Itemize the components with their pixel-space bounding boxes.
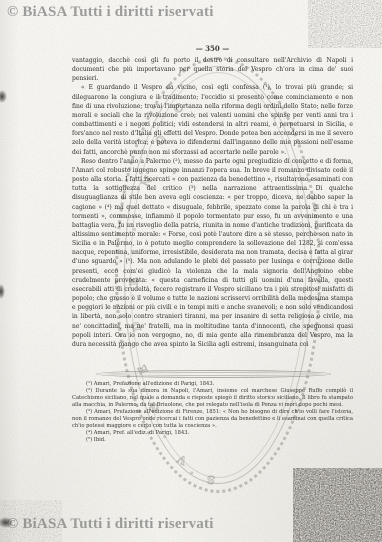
footnote: (⁵) Ibid.	[72, 437, 353, 444]
body-text-block: vantaggio, dacchè così gli fu porto il d…	[72, 56, 353, 349]
footnote: (¹) Amari, Prefazione all'edizione di Pa…	[72, 381, 353, 388]
body-paragraph: vantaggio, dacchè così gli fu porto il d…	[72, 56, 353, 83]
footnote: (²) Durante la sua dimora in Napoli, l'A…	[72, 388, 353, 409]
footnotes-block: (¹) Amari, Prefazione all'edizione di Pa…	[72, 381, 353, 444]
ink-blot	[0, 90, 7, 103]
footnote: (³) Amari, Prefazione all'edizione di Fi…	[72, 409, 353, 430]
copyright-watermark-bottom: © BiASA Tutti i diritti riservati	[7, 516, 214, 533]
scan-noise-corner	[293, 468, 382, 542]
body-paragraph: « E guardando il Vespro da vicino, così …	[72, 83, 353, 156]
page-number: — 350 —	[72, 44, 353, 53]
stamp-letter: ·	[188, 466, 195, 480]
copyright-watermark-top: © BiASA Tutti i diritti riservati	[7, 4, 214, 21]
footnote: (⁴) Amari, Pref. all'ediz. di Parigi, 18…	[72, 430, 353, 437]
ink-blot	[0, 284, 5, 299]
scan-noise-corner	[308, 0, 382, 48]
stamp-letter: S	[206, 473, 215, 487]
scanned-book-page: C O N · E D E S · V · S © BiASA Tutti i …	[0, 0, 382, 542]
footnote-separator	[96, 370, 331, 378]
body-paragraph: Reso dentro l'anno a Palermo (²), messo …	[72, 157, 353, 349]
stamp-letter: V	[176, 452, 190, 467]
